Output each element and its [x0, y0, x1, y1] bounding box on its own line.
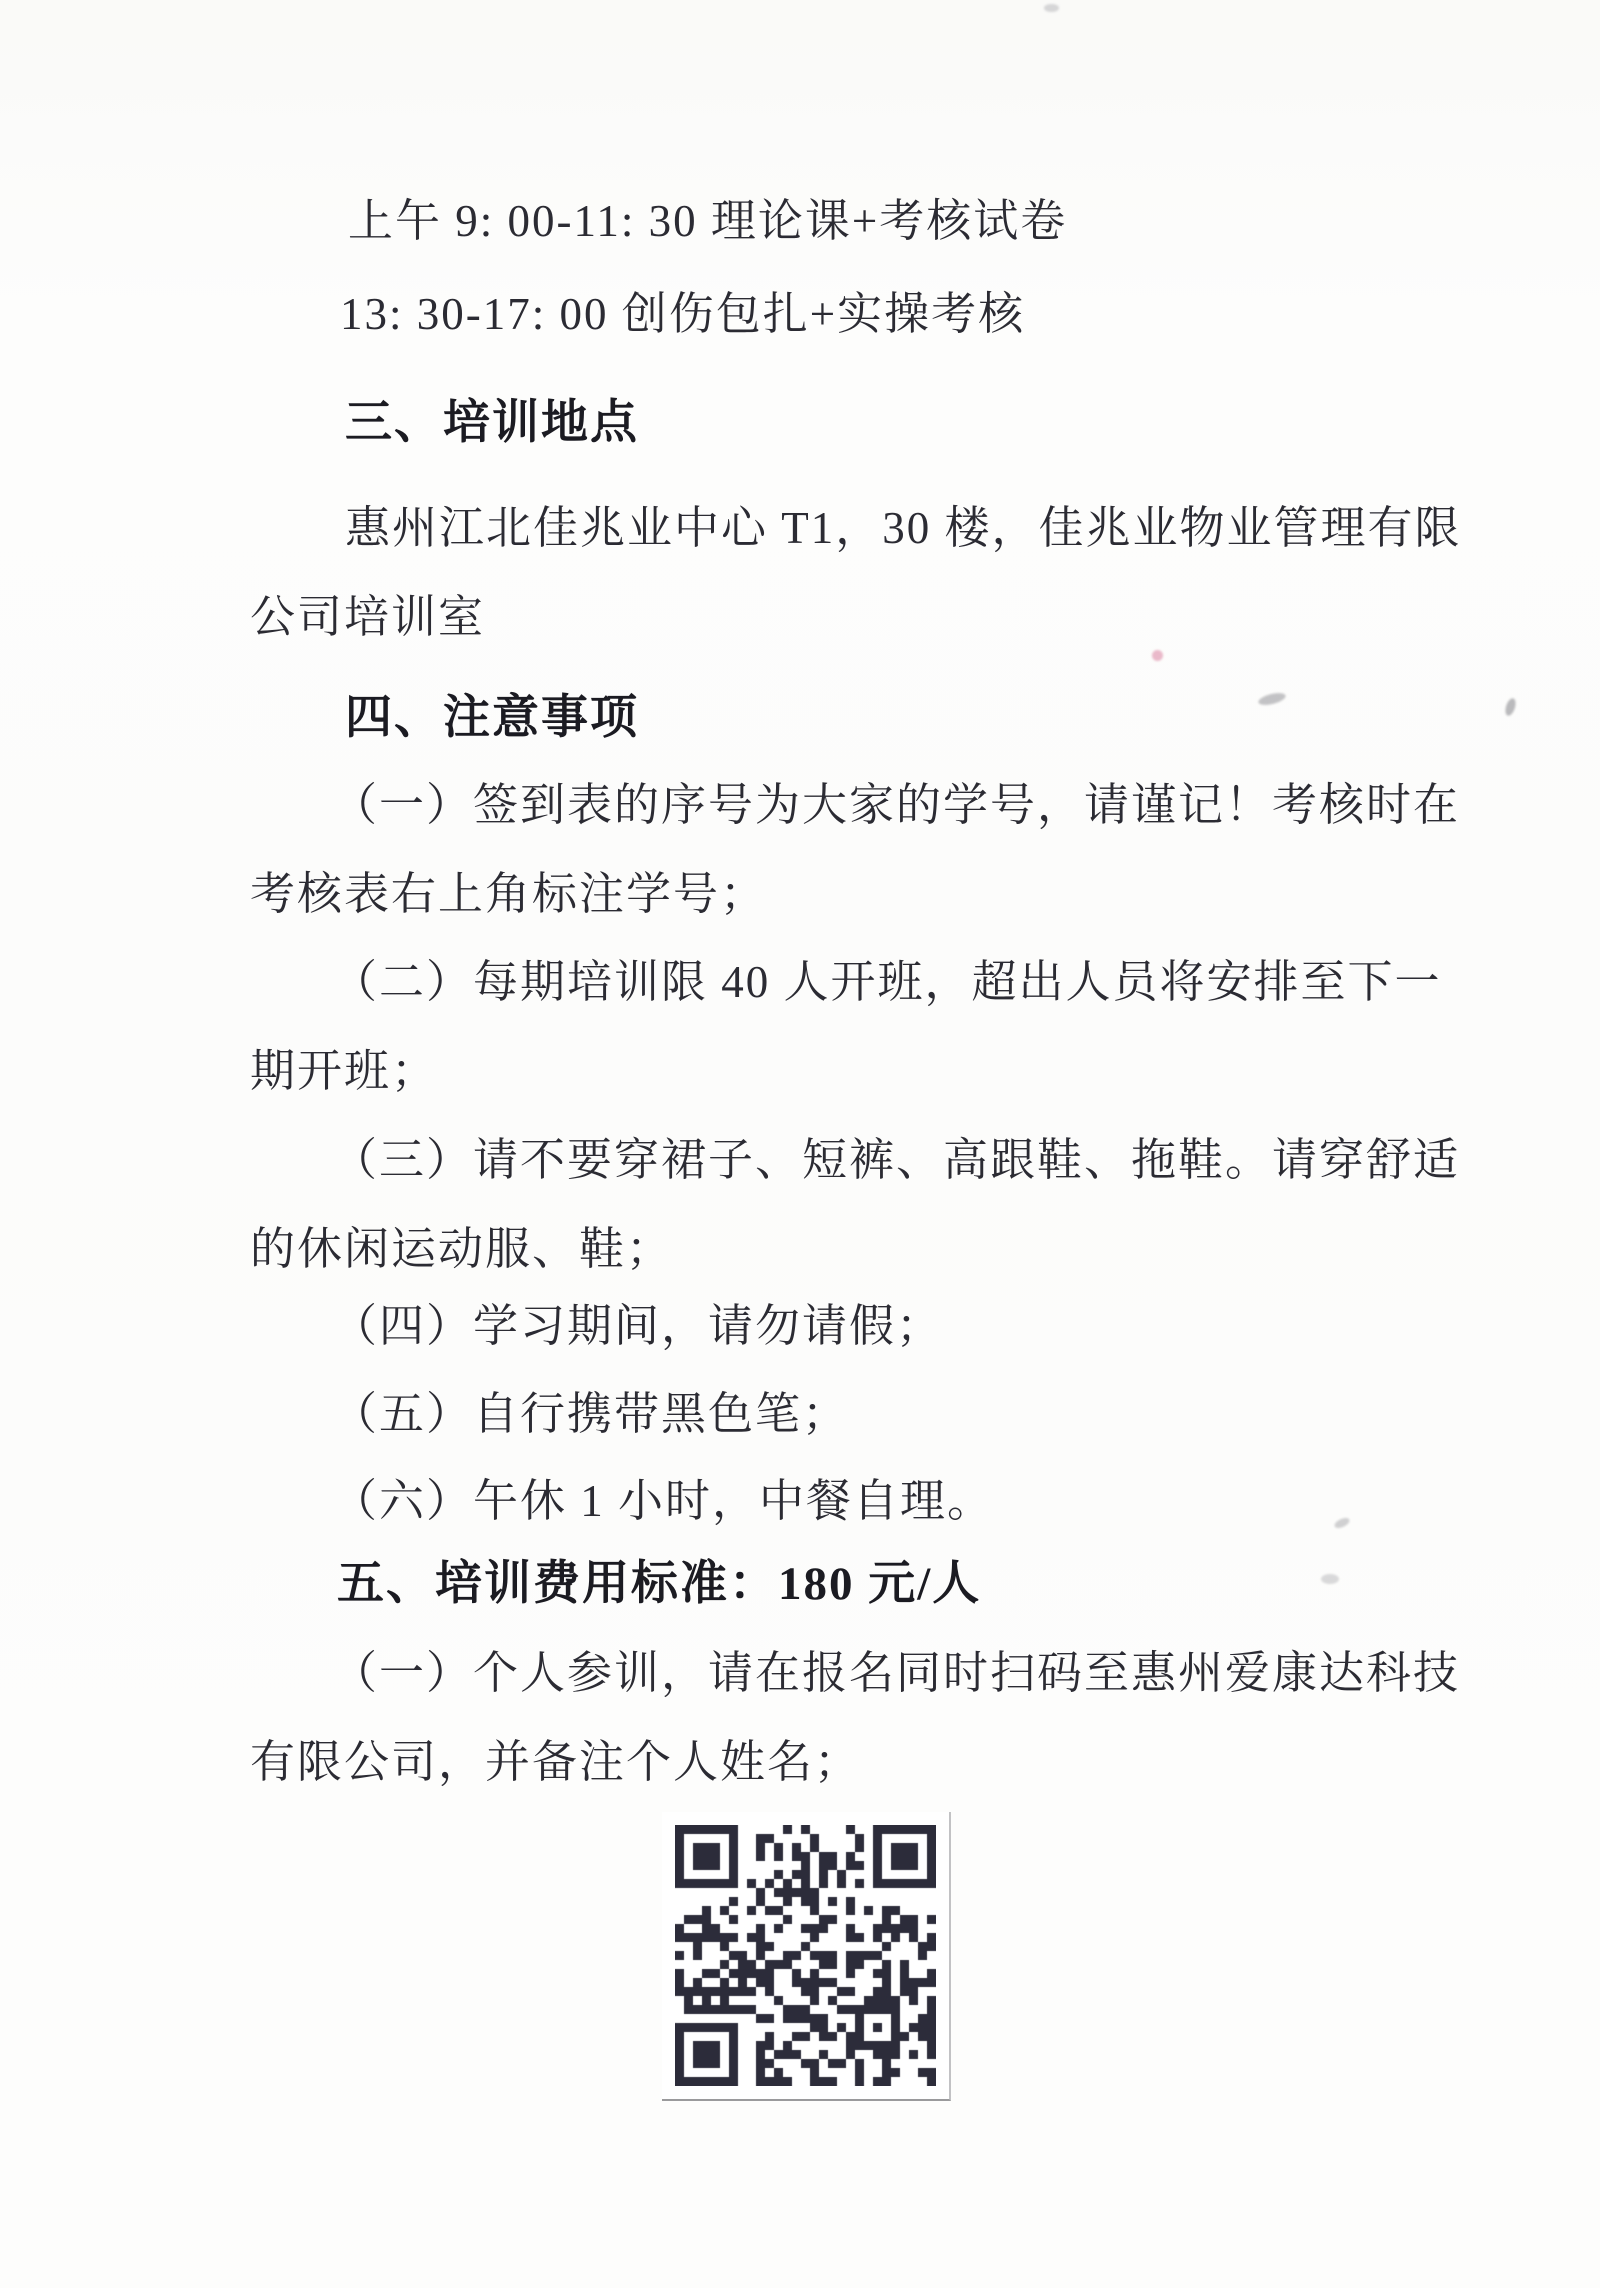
- heading-notes: 四、注意事项: [345, 691, 639, 745]
- note-2-line-2: 期开班；: [250, 1046, 438, 1098]
- note-3-line-2: 的休闲运动服、鞋；: [250, 1224, 673, 1276]
- location-line-1: 惠州江北佳兆业中心 T1，30 楼，佳兆业物业管理有限: [345, 503, 1462, 555]
- fee-line-2: 有限公司，并备注个人姓名；: [250, 1737, 861, 1789]
- scan-artifact: [1044, 4, 1059, 12]
- fee-line-1: （一）个人参训，请在报名同时扫码至惠州爱康达科技: [332, 1648, 1460, 1700]
- schedule-line-morning: 上午 9: 00-11: 30 理论课+考核试卷: [348, 196, 1067, 248]
- location-line-2: 公司培训室: [250, 592, 485, 644]
- heading-fee-standard: 五、培训费用标准：180 元/人: [337, 1557, 981, 1611]
- note-2-line-1: （二）每期培训限 40 人开班，超出人员将安排至下一: [332, 957, 1442, 1009]
- note-6-line: （六）午休 1 小时，中餐自理。: [332, 1476, 994, 1528]
- note-4-line: （四）学习期间，请勿请假；: [332, 1301, 943, 1353]
- payment-qr-sticker: [662, 1812, 951, 2101]
- payment-qr-code: [675, 1825, 936, 2086]
- heading-training-location: 三、培训地点: [345, 396, 639, 450]
- note-5-line: （五）自行携带黑色笔；: [332, 1389, 849, 1441]
- schedule-line-afternoon: 13: 30-17: 00 创伤包扎+实操考核: [340, 289, 1025, 341]
- scan-artifact: [1152, 650, 1163, 661]
- note-3-line-1: （三）请不要穿裙子、短裤、高跟鞋、拖鞋。请穿舒适: [332, 1135, 1460, 1187]
- note-1-line-1: （一）签到表的序号为大家的学号，请谨记！考核时在: [332, 780, 1460, 832]
- note-1-line-2: 考核表右上角标注学号；: [250, 869, 767, 921]
- scan-artifact: [1321, 1574, 1339, 1584]
